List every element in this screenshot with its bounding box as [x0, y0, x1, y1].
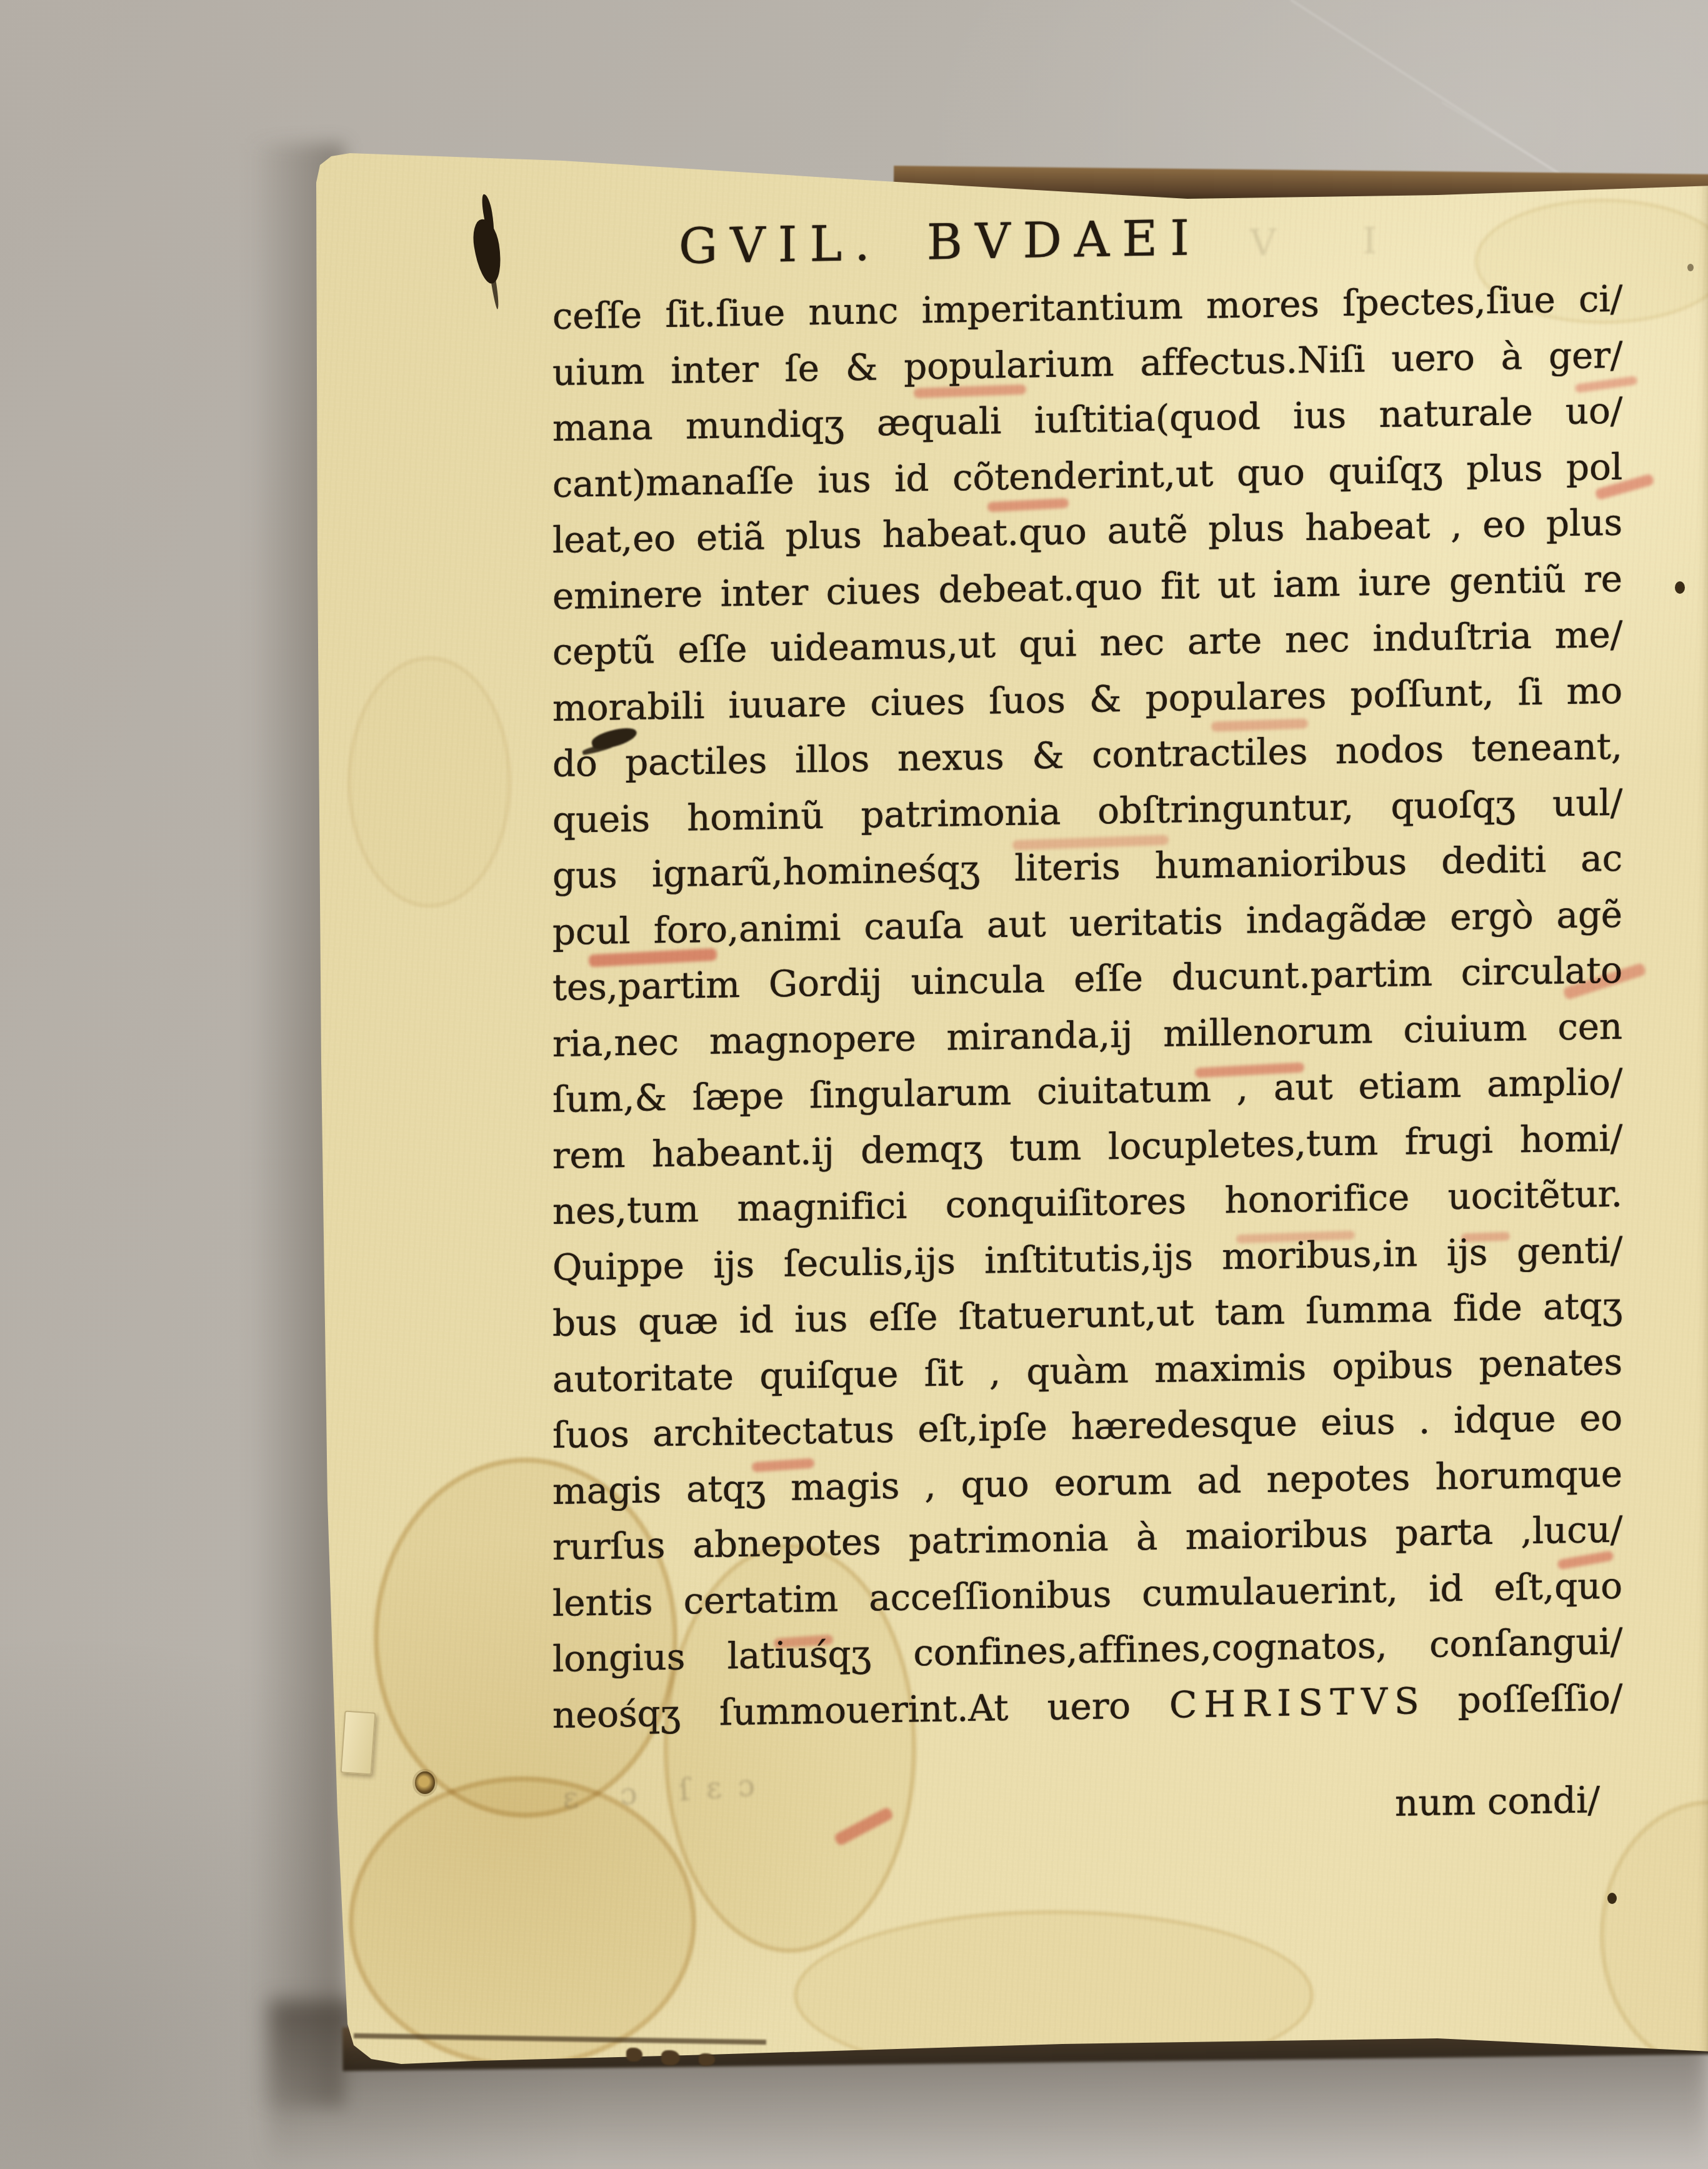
- red-pencil-mark: [1461, 1232, 1510, 1243]
- leaf-edge-fragment: [626, 2048, 642, 2061]
- photo-of-open-book-page: GVIL. BVDAEI V I ceſſe ſit.ſiue nunc imp…: [0, 0, 1708, 2169]
- worm-hole: [415, 1771, 435, 1794]
- fox-spot: [1675, 581, 1685, 594]
- catchword: num condi/: [1344, 1778, 1600, 1825]
- paper-tab-fragment: [341, 1710, 376, 1775]
- fox-spot: [1687, 264, 1694, 271]
- ink-blot: [470, 218, 505, 286]
- running-header: GVIL. BVDAEI: [679, 210, 1202, 275]
- water-stain: [1600, 1800, 1708, 2071]
- showthrough-header-ghost: V I: [1250, 219, 1414, 264]
- fox-spot: [1607, 1893, 1617, 1904]
- water-stain: [347, 656, 511, 908]
- leaf-edge-fragment: [699, 2053, 715, 2066]
- leaf-edge-fragment: [661, 2050, 680, 2065]
- water-stain: [349, 1776, 696, 2068]
- text-block: ceſſe ſit.ſiue nunc imperitantium mores …: [552, 271, 1622, 1743]
